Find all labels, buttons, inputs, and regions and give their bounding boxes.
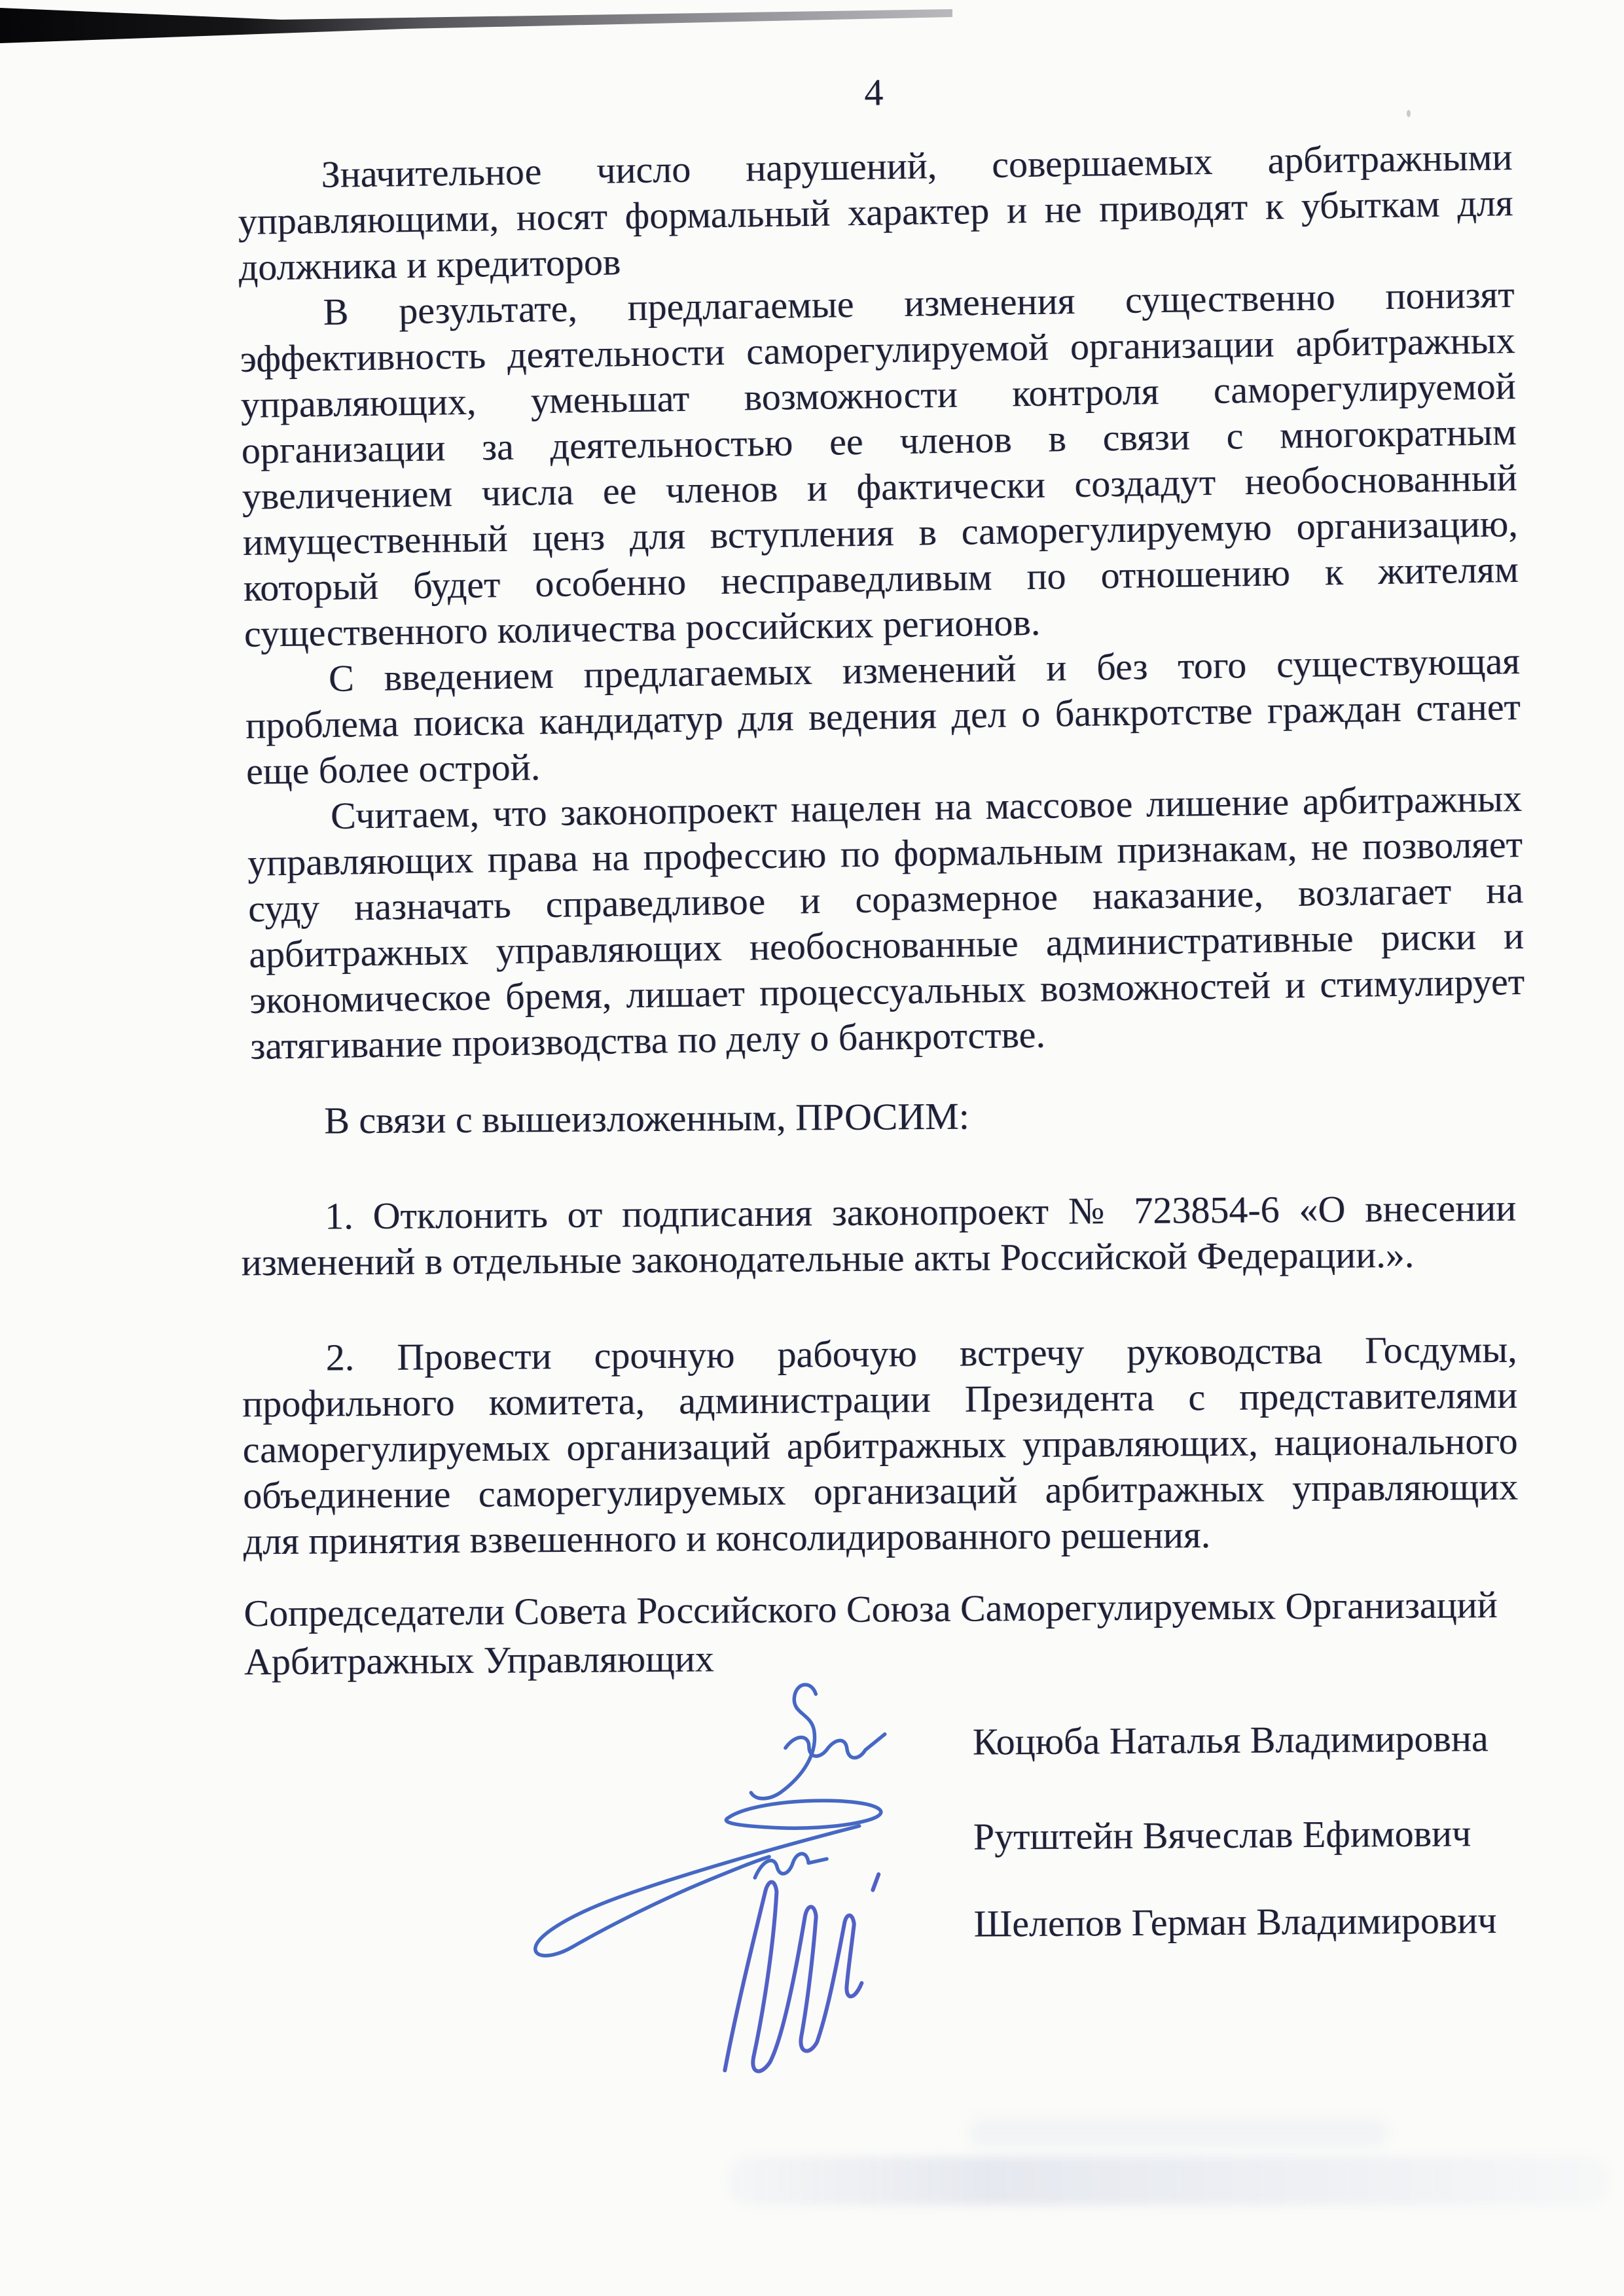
signature-stroke-middle: [534, 1801, 882, 1956]
scan-smudge: [727, 2157, 1610, 2206]
text-line: объединение саморегулируемых организаций…: [243, 1464, 1518, 1519]
signatory-name: Шелепов Герман Владимирович: [974, 1897, 1497, 1947]
text-line: изменений в отдельные законодательные ак…: [241, 1231, 1516, 1286]
request-item-1: 1. Отклонить от подписания законопроект …: [241, 1185, 1517, 1286]
text-line: Сопредседатели Совета Российского Союза …: [244, 1581, 1519, 1638]
signature-stroke-bottom: [723, 1874, 880, 2072]
request-intro-line: В связи с вышеизложенным, ПРОСИМ:: [240, 1090, 1515, 1145]
signatory-name: Коцюба Наталья Владимировна: [973, 1715, 1489, 1765]
handwritten-signature: [518, 1668, 913, 2090]
request-item-2: 2. Провести срочную рабочую встречу руко…: [242, 1327, 1518, 1565]
text-line: для принятия взвешенного и консолидирова…: [243, 1510, 1518, 1565]
scan-smudge: [969, 2119, 1388, 2147]
signature-stroke-top: [750, 1684, 885, 1799]
lower-text-layer: В связи с вышеизложенным, ПРОСИМ: 1. Отк…: [232, 0, 1523, 2296]
signatory-name: Рутштейн Вячеслав Ефимович: [973, 1810, 1471, 1859]
scanned-document-page: 4 Значительное число нарушений, совершае…: [0, 0, 1624, 2296]
